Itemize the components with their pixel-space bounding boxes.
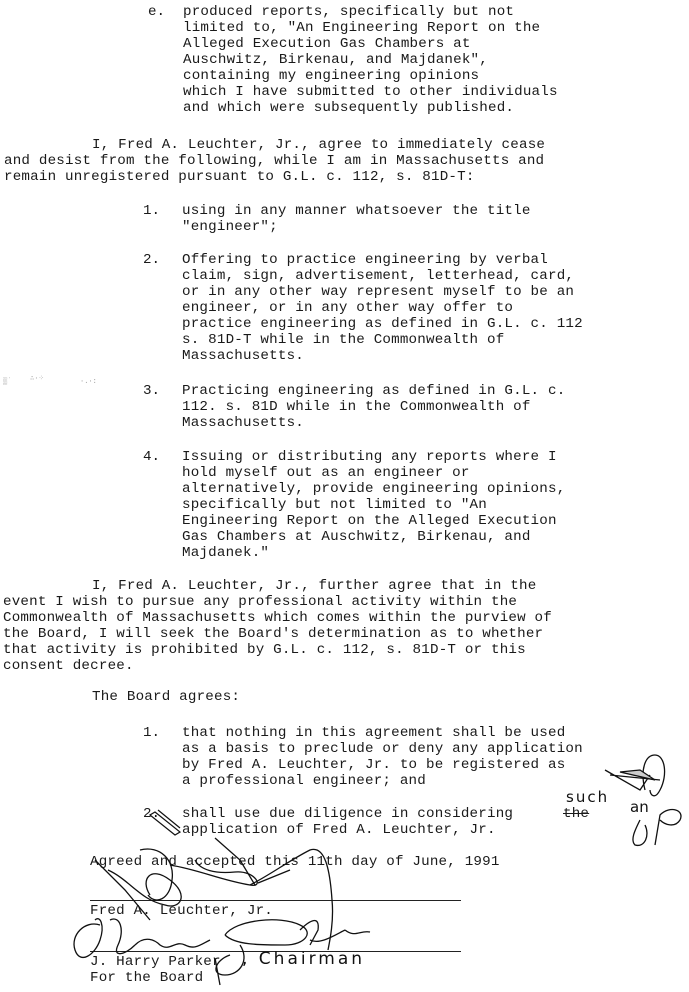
cease-item-number: 4. [143,449,160,465]
scan-noise: ∴·⁘ [30,374,44,383]
board-item-line: as a basis to preclude or deny any appli… [182,741,583,757]
board-item-number: 2. [143,806,160,822]
cease-paragraph-line: and desist from the following, while I a… [4,153,544,169]
cease-item-line: hold myself out as an engineer or [182,465,470,481]
board-item-line: application of Fred A. Leuchter, Jr. [182,822,496,838]
board-item-line: shall use due diligence in considering [182,806,522,822]
cease-item-line: Engineering Report on the Alleged Execut… [182,513,557,529]
scan-noise: ·.·: [80,378,97,386]
board-item-line: that nothing in this agreement shall be … [182,725,565,741]
item-e-line: Auschwitz, Birkenau, and Majdanek", [183,52,488,68]
board-agrees-heading: The Board agrees: [92,689,240,705]
item-e-line: which I have submitted to other individu… [183,84,558,100]
cease-item-line: using in any manner whatsoever the title [182,203,531,219]
cease-item-line: Practicing engineering as defined in G.L… [182,383,565,399]
cease-item-line: "engineer"; [182,219,278,235]
handwritten-initials: an [630,798,649,816]
board-item-line: a professional engineer; and [182,773,426,789]
cease-item-line: Issuing or distributing any reports wher… [182,449,557,465]
signature-rule-leuchter [90,900,461,901]
acceptance-line: Agreed and accepted this 11th day of Jun… [90,854,500,870]
item-e-line: limited to, "An Engineering Report on th… [183,20,540,36]
further-paragraph-line: I, Fred A. Leuchter, Jr., further agree … [92,578,536,594]
further-paragraph-line: Commonwealth of Massachusetts which come… [3,610,552,626]
struck-word: the [563,806,589,822]
handwritten-insert: such [566,788,609,806]
handwritten-title: , Chairman [242,949,365,969]
item-e-line: Alleged Execution Gas Chambers at [183,36,471,52]
cease-paragraph-line: remain unregistered pursuant to G.L. c. … [4,169,475,185]
item-e-label: e. [148,4,165,20]
cease-paragraph-line: I, Fred A. Leuchter, Jr., agree to immed… [92,137,545,153]
cease-item-line: claim, sign, advertisement, letterhead, … [182,268,574,284]
cease-item-line: practice engineering as defined in G.L. … [182,316,583,332]
cease-item-line: or in any other way represent myself to … [182,284,574,300]
further-paragraph-line: event I wish to pursue any professional … [3,594,517,610]
item-e-line: produced reports, specifically but not [183,4,514,20]
cease-item-line: specifically but not limited to "An [182,497,487,513]
further-paragraph-line: the Board, I will seek the Board's deter… [3,626,543,642]
cease-item-line: 112. s. 81D while in the Commonwealth of [182,399,531,415]
scan-noise: ▒˙ [3,378,11,386]
cease-item-line: Massachusetts. [182,415,304,431]
cease-item-line: Gas Chambers at Auschwitz, Birkenau, and [182,529,531,545]
cease-item-number: 1. [143,203,160,219]
signatory-parker-role: For the Board [90,970,203,986]
cease-item-line: Majdanek." [182,545,269,561]
cease-item-line: engineer, or in any other way offer to [182,300,513,316]
further-paragraph-line: consent decree. [3,658,134,674]
signatory-leuchter-name: Fred A. Leuchter, Jr. [90,903,273,919]
board-item-line: by Fred A. Leuchter, Jr. to be registere… [182,757,565,773]
item-e-line: and which were subsequently published. [183,100,514,116]
signatory-parker-name: J. Harry Parker [90,954,221,970]
cease-item-line: Massachusetts. [182,348,304,364]
cease-item-line: s. 81D-T while in the Commonwealth of [182,332,504,348]
item-e-line: containing my engineering opinions [183,68,479,84]
board-item-number: 1. [143,725,160,741]
further-paragraph-line: that activity is prohibited by G.L. c. 1… [3,642,526,658]
cease-item-number: 2. [143,252,160,268]
cease-item-line: alternatively, provide engineering opini… [182,481,565,497]
cease-item-line: Offering to practice engineering by verb… [182,252,548,268]
cease-item-number: 3. [143,383,160,399]
